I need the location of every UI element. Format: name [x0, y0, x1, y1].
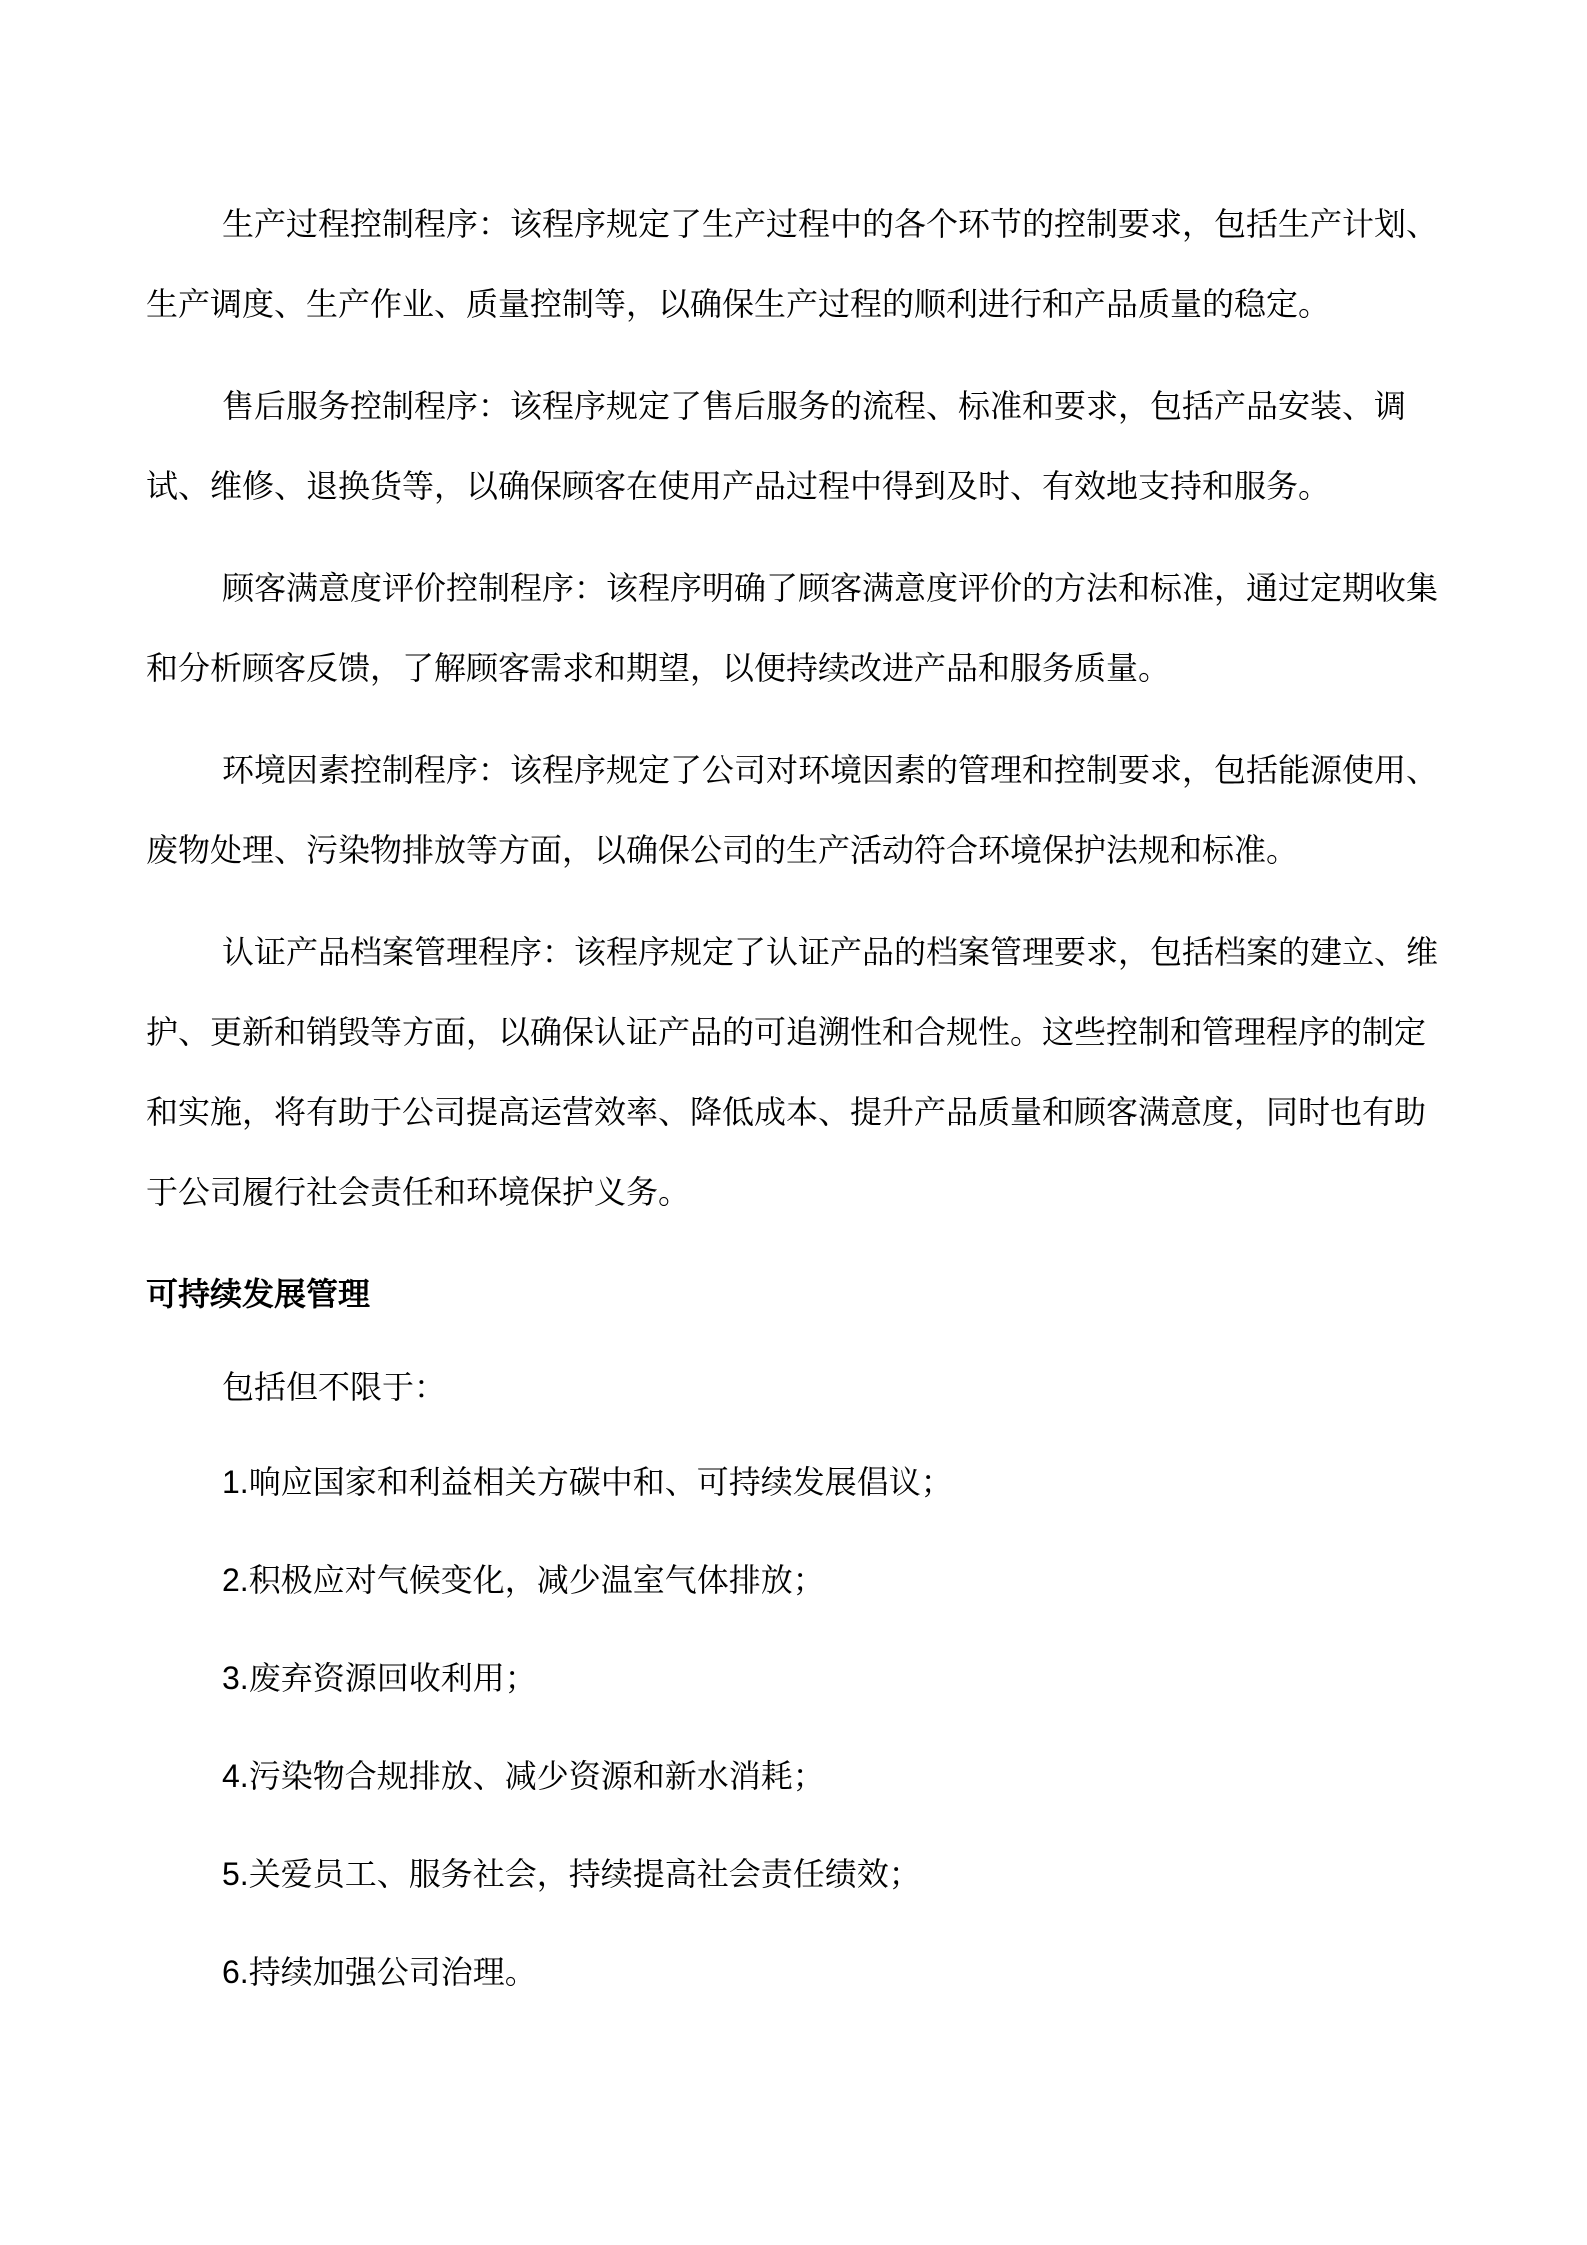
list-item-2: 2.积极应对气候变化，减少温室气体排放； — [146, 1540, 1446, 1620]
list-item-5: 5.关爱员工、服务社会，持续提高社会责任绩效； — [146, 1834, 1446, 1914]
list-intro: 包括但不限于： — [146, 1347, 1446, 1427]
list-item-4: 4.污染物合规排放、减少资源和新水消耗； — [146, 1736, 1446, 1816]
paragraph-after-sales-service-control: 售后服务控制程序：该程序规定了售后服务的流程、标准和要求，包括产品安装、调试、维… — [146, 366, 1446, 526]
paragraph-production-process-control: 生产过程控制程序：该程序规定了生产过程中的各个环节的控制要求，包括生产计划、生产… — [146, 184, 1446, 344]
list-item-3: 3.废弃资源回收利用； — [146, 1638, 1446, 1718]
list-item-6: 6.持续加强公司治理。 — [146, 1932, 1446, 2012]
paragraph-customer-satisfaction-control: 顾客满意度评价控制程序：该程序明确了顾客满意度评价的方法和标准，通过定期收集和分… — [146, 548, 1446, 708]
section-heading-sustainable-development: 可持续发展管理 — [146, 1254, 1446, 1334]
list-item-1: 1.响应国家和利益相关方碳中和、可持续发展倡议； — [146, 1442, 1446, 1522]
paragraph-certified-product-archive-management: 认证产品档案管理程序：该程序规定了认证产品的档案管理要求，包括档案的建立、维护、… — [146, 912, 1446, 1232]
paragraph-environmental-factors-control: 环境因素控制程序：该程序规定了公司对环境因素的管理和控制要求，包括能源使用、废物… — [146, 730, 1446, 890]
document-page: 生产过程控制程序：该程序规定了生产过程中的各个环节的控制要求，包括生产计划、生产… — [0, 0, 1587, 2245]
